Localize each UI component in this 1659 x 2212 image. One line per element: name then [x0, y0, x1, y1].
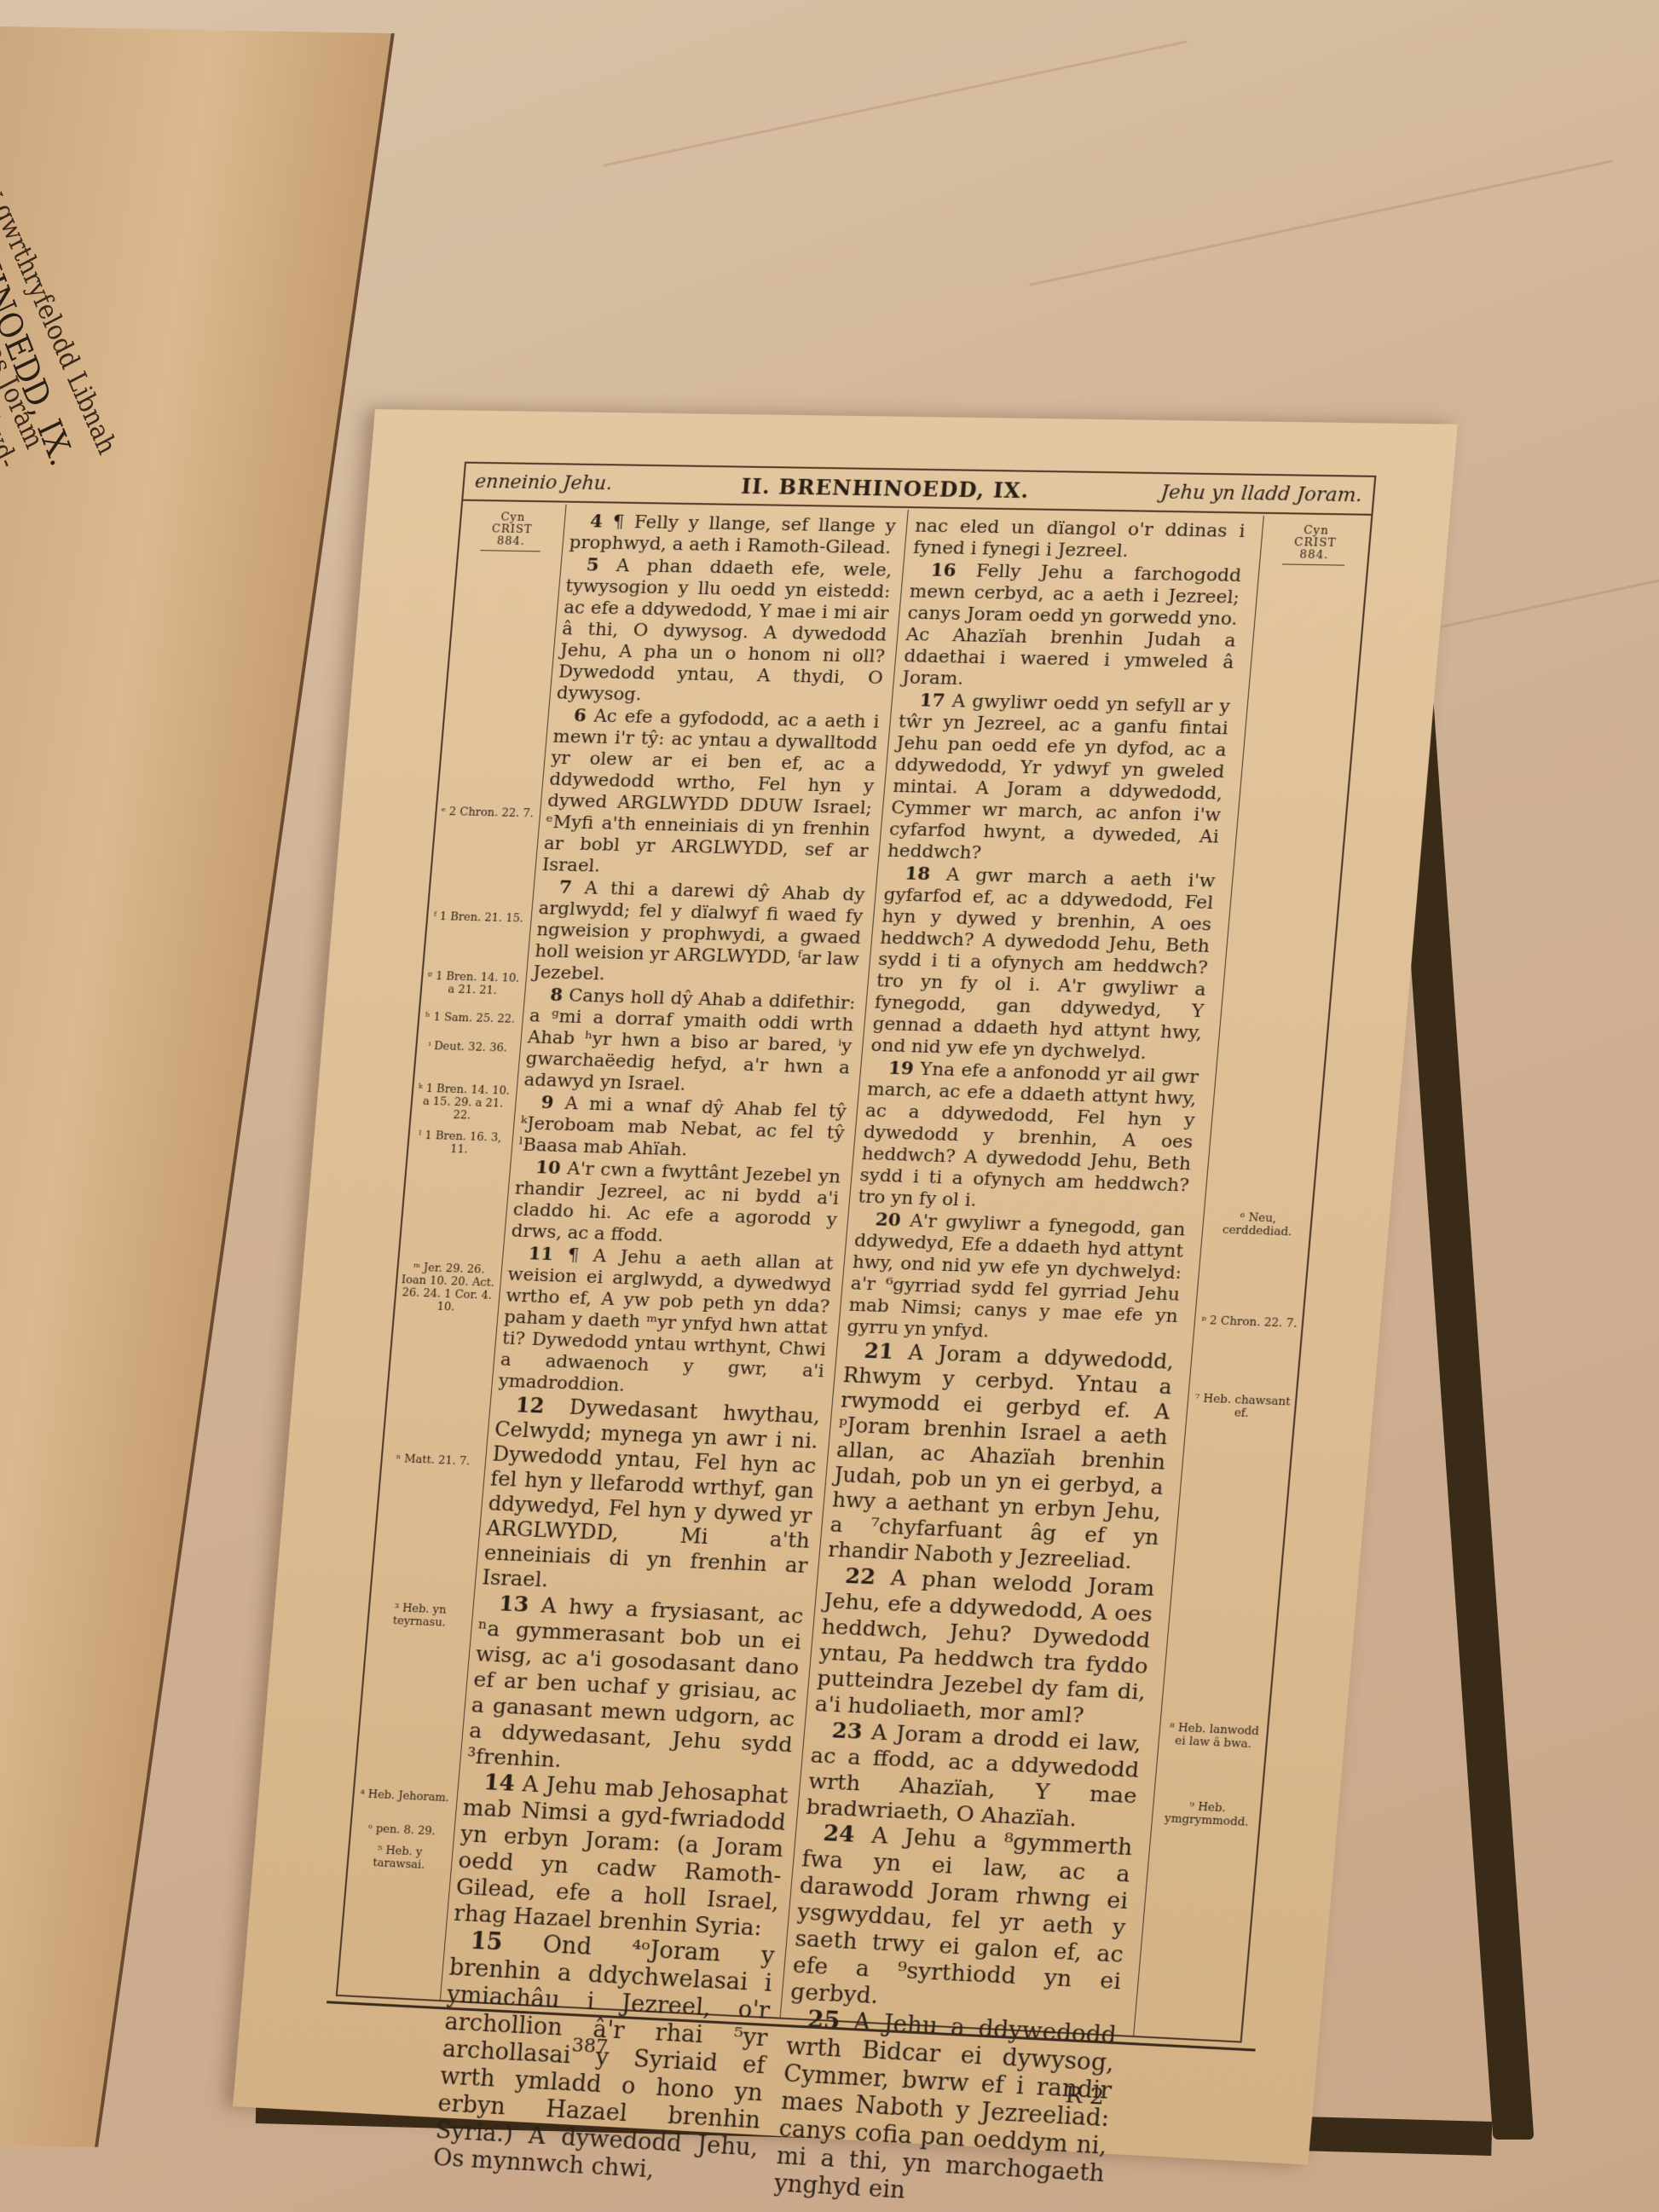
running-head-right: Jehu yn lladd Joram.	[1160, 482, 1363, 506]
era-label-right: Cyn CRIST 884.	[1282, 524, 1348, 565]
margin-note: ⁱ Deut. 32. 36.	[420, 1040, 516, 1055]
verse-text: ¶ A Jehu a aeth allan at weision ei argl…	[498, 1245, 834, 1395]
verse-number: 21	[864, 1338, 895, 1364]
left-page-text: Yna y gwrthryfelodd Libnah hwnw. rhan ar…	[0, 129, 82, 561]
verse-text: A hwy a frysiasant, ac ⁿa gymmerasant bo…	[466, 1592, 805, 1772]
background-cloth-fold	[1029, 159, 1613, 286]
era-line: 884.	[1282, 549, 1345, 563]
verse-number: 11	[528, 1242, 555, 1264]
margin-note: ˡ 1 Bren. 16. 3, 11.	[412, 1129, 508, 1157]
verse-text: A phan ddaeth efe, wele, tywysogion y ll…	[556, 555, 893, 705]
margin-note: ᵐ Jer. 29. 26. Ioan 10. 20. Act. 26. 24.…	[398, 1261, 496, 1315]
verse-number: 20	[875, 1208, 902, 1230]
margin-note: ⁹ Heb. ymgrymmodd.	[1158, 1799, 1257, 1829]
verse-15: 15 Ond ⁴ᵒJoram y brenhin a ddychwelasai …	[432, 1927, 776, 2190]
verse-22: 22 A phan welodd Joram Jehu, efe a ddywe…	[814, 1562, 1156, 1731]
verse-7: 7 A thi a darewi dŷ Ahab dy arglwydd; fe…	[532, 875, 865, 992]
era-line: 884.	[481, 535, 542, 548]
verse-text: Ac efe a gyfododd, ac a aeth i mewn i'r …	[541, 705, 880, 875]
verse-text: A Joram a ddywedodd, Rhwym y cerbyd. Ynt…	[827, 1340, 1175, 1574]
verse-number: 15	[469, 1928, 503, 1956]
margin-note: ⁿ Matt. 21. 7.	[385, 1453, 480, 1469]
verse-number: 9	[540, 1091, 555, 1112]
verse-text: Yna efe a anfonodd yr ail gwr march, ac …	[858, 1059, 1199, 1210]
running-head-left: enneinio Jehu.	[474, 471, 613, 494]
verse-18: 18 A gwr march a aeth i'w gyfarfod ef, a…	[870, 862, 1217, 1066]
margin-note: ᶠ 1 Bren. 21. 15.	[431, 910, 527, 926]
verse-21: 21 A Joram a ddywedodd, Rhwym y cerbyd. …	[827, 1337, 1175, 1576]
verse-number: 19	[887, 1057, 915, 1079]
running-head: enneinio Jehu. II. BRENHINOEDD, IX. Jehu…	[463, 464, 1374, 516]
verse-10: 10 A'r cwn a fwyttânt Jezebel yn rhandir…	[511, 1155, 841, 1252]
verse-number: 10	[535, 1156, 562, 1178]
verse-text: Dywedasant hwythau, Celwydd; mynega yn a…	[481, 1395, 821, 1592]
margin-note: ʰ 1 Sam. 25. 22.	[423, 1011, 518, 1026]
verse-13: 13 A hwy a frysiasant, ac ⁿa gymmerasant…	[466, 1590, 805, 1783]
verse-number: 24	[822, 1821, 855, 1848]
running-head-title: II. BRENHINOEDD, IX.	[740, 473, 1030, 503]
margin-note: ᵏ 1 Bren. 14. 10. a 15. 29. a 21. 22.	[414, 1083, 512, 1123]
margin-note: ⁴ Heb. Jehoram.	[357, 1788, 452, 1805]
verse-14: 14 A Jehu mab Jehosaphat mab Nimsi a gyd…	[453, 1769, 789, 1943]
margin-note: ⁶ Neu, cerddediad.	[1208, 1210, 1308, 1239]
verse-text: Canys holl dŷ Ahab a ddifethir: a ᵍmi a …	[523, 985, 857, 1094]
verse-text: A gwyliwr oedd yn sefyll ar y tŵr yn Jez…	[887, 690, 1231, 863]
verse-text: A phan welodd Joram Jehu, efe a ddywedod…	[814, 1565, 1156, 1728]
verse-19: 19 Yna efe a anfonodd yr ail gwr march, …	[858, 1056, 1199, 1218]
book-page: enneinio Jehu. II. BRENHINOEDD, IX. Jehu…	[233, 409, 1458, 2165]
verse-text: nac eled un dïangol o'r ddinas i fyned i…	[912, 515, 1246, 561]
verse-number: 16	[930, 558, 957, 580]
verse-20: 20 A'r gwyliwr a fynegodd, gan ddywedyd,…	[847, 1207, 1187, 1349]
verse-11: 11 ¶ A Jehu a aeth allan at weision ei a…	[498, 1241, 835, 1403]
verse-6: 6 Ac efe a gyfododd, ac a aeth i mewn i'…	[541, 703, 881, 883]
verse-number: 7	[558, 875, 573, 897]
verse-number: 14	[483, 1770, 516, 1797]
verse-text: A thi a darewi dŷ Ahab dy arglwydd; fel …	[532, 877, 865, 984]
verse-8: 8 Canys holl dŷ Ahab a ddifethir: a ᵍmi …	[523, 983, 857, 1100]
verse-23: 23 A Joram a drodd ei law, ac a ffodd, a…	[806, 1717, 1142, 1835]
margin-note: ᵍ 1 Bren. 14. 10. a 21. 21.	[425, 970, 521, 998]
verse-15-continued: nac eled un dïangol o'r ddinas i fyned i…	[912, 515, 1246, 563]
verse-number: 18	[904, 862, 931, 884]
margin-note: ⁵ Heb. y tarawsai.	[351, 1843, 447, 1873]
verse-number: 17	[919, 689, 946, 711]
signature-mark: R 2	[1064, 2082, 1105, 2111]
verse-25: 25 A Jehu a ddywedodd wrth Bidcar ei dyw…	[773, 2006, 1118, 2212]
margin-note: ⁸ Heb. lanwodd ei law â bwa.	[1164, 1721, 1263, 1752]
verse-number: 5	[586, 553, 600, 575]
verse-text: A Jehu a ⁸gymmerth fwa yn ei law, ac a d…	[789, 1823, 1133, 2010]
verse-text: A mi a wnaf dŷ Ahab fel tŷ ᵏJeroboam mab…	[517, 1093, 847, 1160]
verse-12: 12 Dywedasant hwythau, Celwydd; mynega y…	[481, 1391, 821, 1603]
margin-note: ᵉ 2 Chron. 22. 7.	[440, 806, 535, 821]
verse-16: 16 Felly Jehu a farchogodd mewn cerbyd, …	[901, 558, 1242, 696]
page-number: 387	[571, 2035, 609, 2058]
margin-note: ³ Heb. yn teyrnasu.	[372, 1601, 468, 1631]
verse-text: ¶ Felly y llange, sef llange y prophwyd,…	[569, 511, 897, 558]
verse-number: 22	[844, 1563, 876, 1590]
verse-number: 23	[831, 1718, 864, 1744]
verse-5: 5 A phan ddaeth efe, wele, tywysogion y …	[556, 553, 893, 710]
verse-17: 17 A gwyliwr oedd yn sefyll ar y tŵr yn …	[887, 689, 1231, 870]
margin-note: ⁷ Heb. chawsant ef.	[1192, 1392, 1292, 1422]
page-frame: enneinio Jehu. II. BRENHINOEDD, IX. Jehu…	[336, 462, 1377, 2043]
verse-text: A'r cwn a fwyttânt Jezebel yn rhandir Je…	[511, 1158, 841, 1245]
verse-number: 12	[515, 1392, 546, 1418]
era-label-left: Cyn CRIST 884.	[480, 511, 543, 552]
verse-number: 13	[498, 1591, 529, 1616]
verse-text: A gwr march a aeth i'w gyfarfod ef, ac a…	[870, 863, 1217, 1063]
verse-number: 8	[549, 984, 564, 1005]
verse-number: 4	[589, 510, 604, 531]
margin-note: ᵒ pen. 8. 29.	[355, 1822, 449, 1839]
verse-4: 4 ¶ Felly y llange, sef llange y prophwy…	[569, 510, 897, 559]
verse-text: A Jehu mab Jehosaphat mab Nimsi a gyd-fw…	[453, 1771, 789, 1942]
margin-note: ᵖ 2 Chron. 22. 7.	[1200, 1314, 1299, 1331]
verse-9: 9 A mi a wnaf dŷ Ahab fel tŷ ᵏJeroboam m…	[517, 1090, 847, 1165]
background-cloth-fold	[603, 40, 1187, 166]
verse-number: 6	[573, 704, 587, 725]
verse-24: 24 A Jehu a ⁸gymmerth fwa yn ei law, ac …	[789, 1820, 1134, 2023]
verse-number: 25	[806, 2007, 841, 2035]
